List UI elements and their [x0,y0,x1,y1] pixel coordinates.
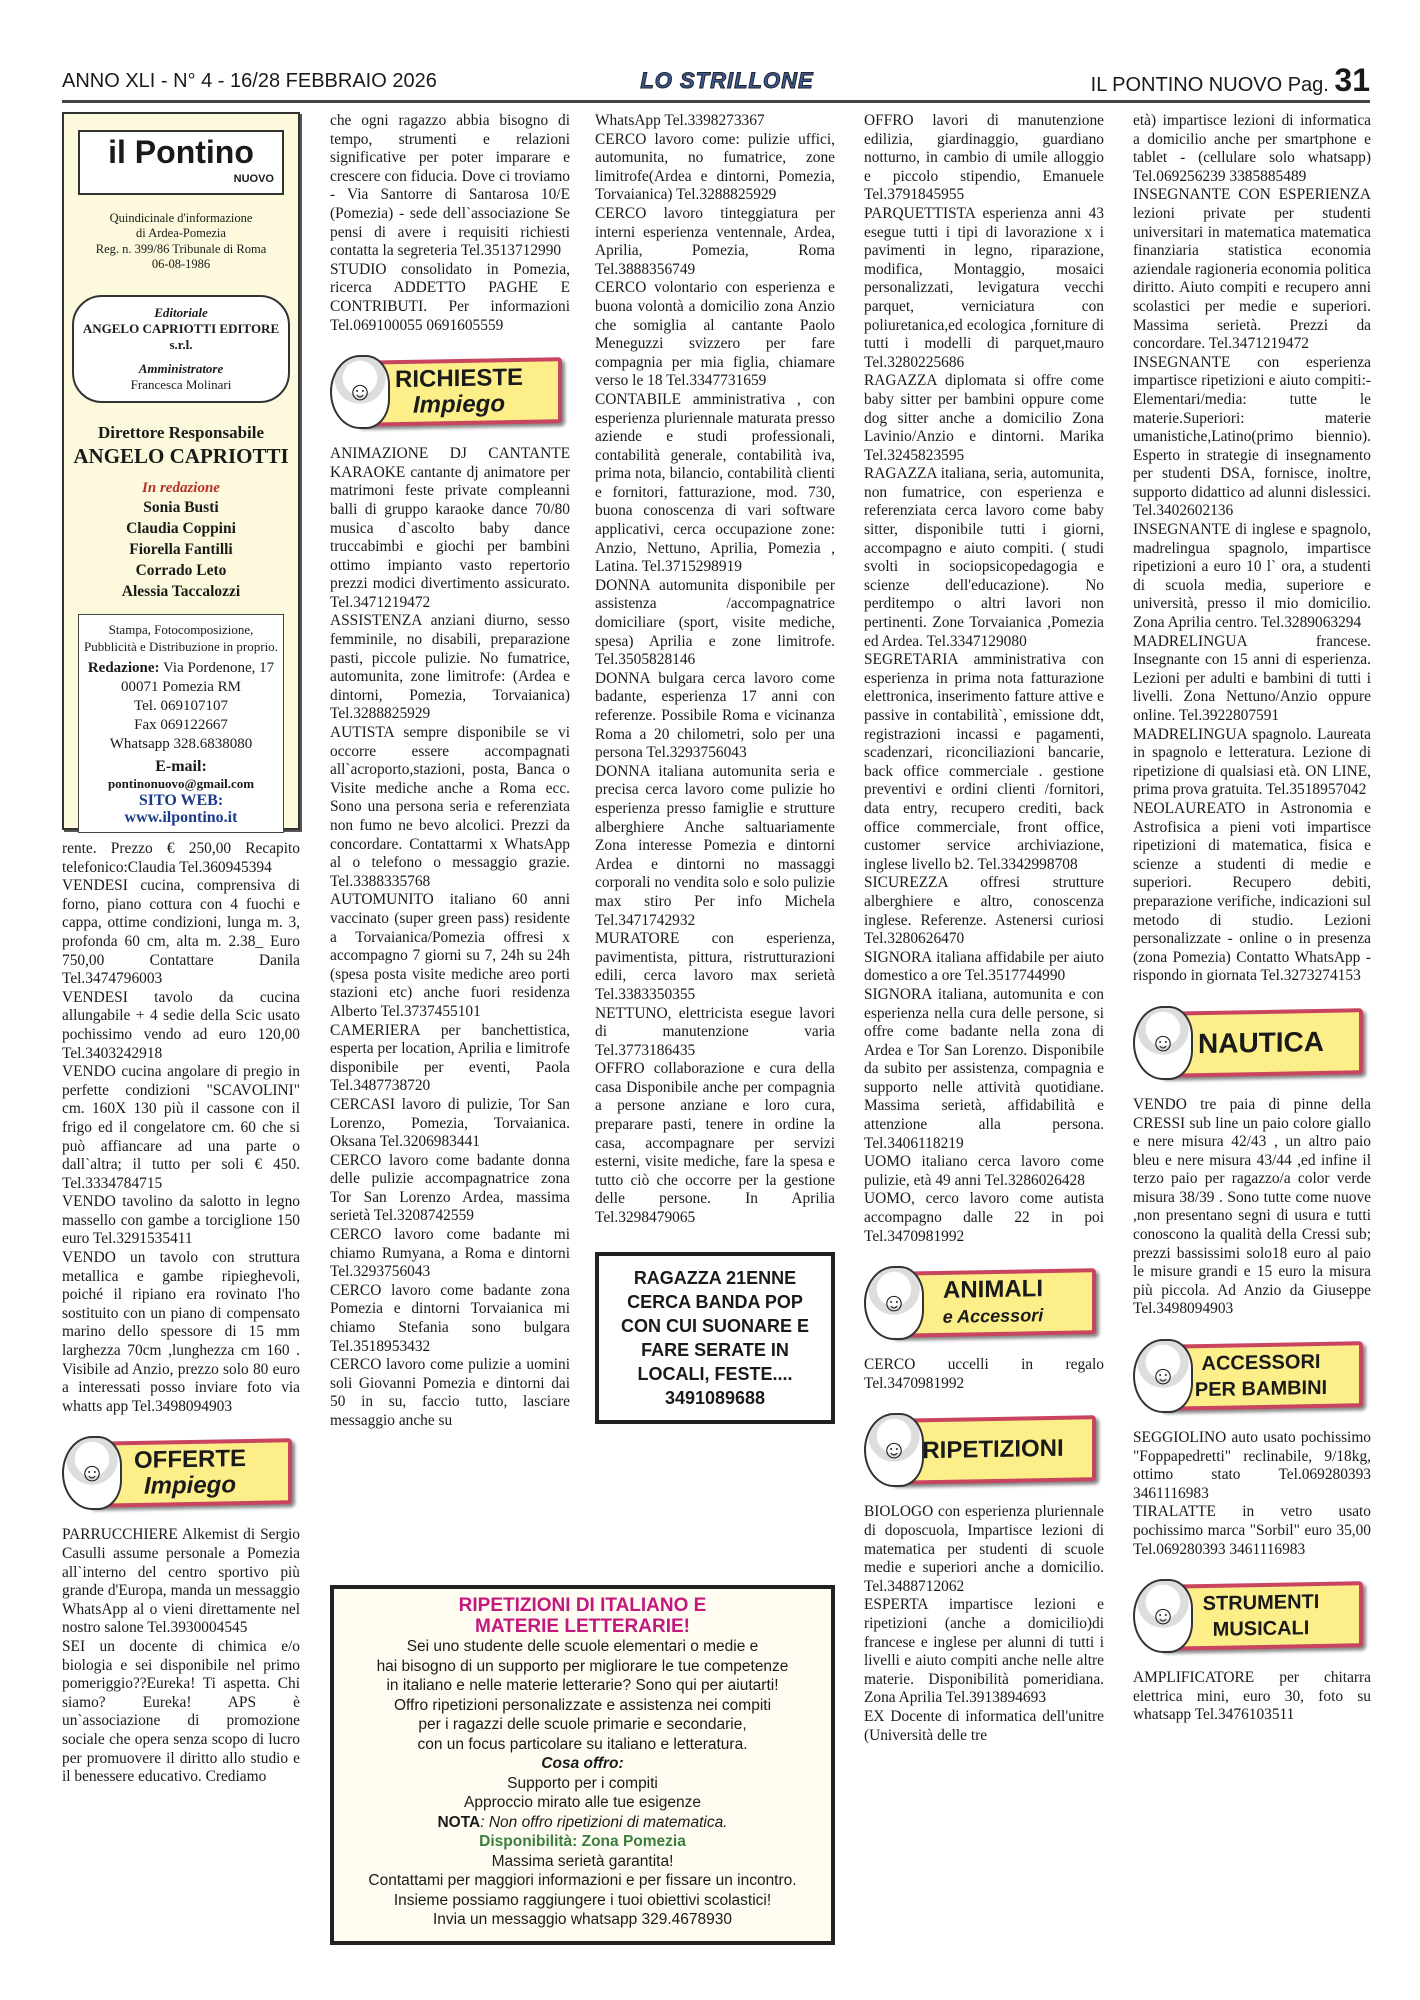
section-richieste-impiego: ☺ RICHIESTEImpiego [330,353,570,431]
classified-ad: CERCASI lavoro di pulizie, Tor San Loren… [330,1096,570,1152]
page-number: 31 [1334,62,1370,98]
classified-ad: MADRELINGUA francese. Insegnante con 15 … [1133,633,1371,726]
classified-ad: CERCO uccelli in regalo Tel.3470981992 [864,1356,1104,1393]
classified-ad: che ogni ragazzo abbia bisogno di tempo,… [330,112,570,261]
classified-ad: STUDIO consolidato in Pomezia, ricerca A… [330,261,570,335]
classified-ad: MADRELINGUA spagnolo. Laureata in spagno… [1133,726,1371,800]
section-ripetizioni: ☺ RIPETIZIONI [864,1411,1104,1489]
email-link[interactable]: pontinonuovo@gmail.com [108,776,254,791]
strillone-mascot-icon: ☺ [1133,1579,1193,1653]
classified-ad: SEGGIOLINO auto usato pochissimo "Foppap… [1133,1429,1371,1503]
classified-ad: VENDO tre paia di pinne della CRESSI sub… [1133,1096,1371,1319]
classified-ad: ASSISTENZA anziani diurno, sesso femmini… [330,612,570,724]
publisher-box: Editoriale ANGELO CAPRIOTTI EDITORE s.r.… [72,295,290,403]
classified-ad: AUTOMUNITO italiano 60 anni vaccinato (s… [330,891,570,1021]
masthead: il Pontino NUOVO Quindicinale d'informaz… [62,112,300,830]
section-strumenti-musicali: ☺ STRUMENTIMUSICALI [1133,1577,1371,1655]
classified-ad: VENDO cucina angolare di pregio in perfe… [62,1063,300,1193]
ripetizioni-italiano-ad: RIPETIZIONI DI ITALIANO E MATERIE LETTER… [330,1585,835,1945]
classified-ad: RAGAZZA italiana, seria, automunita, non… [864,465,1104,651]
classified-ad: età) impartisce lezioni di informatica a… [1133,112,1371,186]
classified-ad: NETTUNO, elettricista esegue lavori di m… [595,1005,835,1061]
classified-ad: UOMO, cerco lavoro come autista accompag… [864,1190,1104,1246]
section-nautica: ☺ NAUTICA [1133,1004,1371,1082]
classified-ad: AUTISTA sempre disponibile se vi occorre… [330,724,570,891]
classified-ad: VENDESI cucina, comprensiva di forno, pi… [62,877,300,989]
contact-box: Stampa, Fotocomposizione, Pubblicità e D… [78,614,284,833]
classified-ad: OFFRO lavori di manutenzione edilizia, g… [864,112,1104,205]
classified-ad: WhatsApp Tel.3398273367 [595,112,835,131]
classified-ad: SIGNORA italiana affidabile per aiuto do… [864,949,1104,986]
classified-ad: EX Docente di informatica dell'unitre (U… [864,1708,1104,1745]
classified-ad: VENDO un tavolo con struttura metallica … [62,1249,300,1416]
classified-ad: ESPERTA impartisce lezioni e ripetizioni… [864,1596,1104,1708]
classified-ad: MURATORE con esperienza, pavimentista, p… [595,930,835,1004]
classified-ad: SEGRETARIA amministrativa con esperienza… [864,651,1104,874]
classified-ad: ANIMAZIONE DJ CANTANTE KARAOKE cantante … [330,445,570,612]
classified-ad: UOMO italiano cerca lavoro come pulizie,… [864,1153,1104,1190]
classified-ad: rente. Prezzo € 250,00 Recapito telefoni… [62,840,300,877]
strillone-mascot-icon: ☺ [330,355,390,429]
classified-ad: VENDESI tavolo da cucina allungabile + 4… [62,989,300,1063]
classified-ad: CAMERIERA per banchettistica, esperta pe… [330,1022,570,1096]
classified-ad: VENDO tavolino da salotto in legno masse… [62,1193,300,1249]
website-link[interactable]: SITO WEB: www.ilpontino.it [83,792,279,826]
publication-page: IL PONTINO NUOVO Pag. 31 [1091,62,1370,99]
classified-ad: AMPLIFICATORE per chitarra elettrica min… [1133,1669,1371,1725]
section-offerte-impiego: ☺ OFFERTEImpiego [62,1434,300,1512]
strillone-mascot-icon: ☺ [1133,1339,1193,1413]
classified-ad: PARQUETTISTA esperienza anni 43 esegue t… [864,205,1104,372]
classified-ad: OFFRO collaborazione e cura della casa D… [595,1060,835,1227]
classified-ad: SIGNORA italiana, automunita e con esper… [864,986,1104,1153]
lo-strillone-logo: LO STRILLONE [602,56,852,106]
classified-ad: INSEGNANTE CON ESPERIENZA lezioni privat… [1133,186,1371,353]
classified-ad: NEOLAUREATO in Astronomia e Astrofisica … [1133,800,1371,986]
director: Direttore Responsabile ANGELO CAPRIOTTI [72,423,290,469]
classified-ad: CERCO lavoro come: pulizie uffici, autom… [595,131,835,205]
classified-ad: TIRALATTE in vetro usato pochissimo marc… [1133,1503,1371,1559]
classified-ad: PARRUCCHIERE Alkemist di Sergio Casulli … [62,1526,300,1638]
classified-ad: DONNA italiana automunita seria e precis… [595,763,835,930]
classified-ad: RAGAZZA diplomata si offre come baby sit… [864,372,1104,465]
classified-ad: BIOLOGO con esperienza pluriennale di do… [864,1503,1104,1596]
strillone-mascot-icon: ☺ [864,1413,924,1487]
masthead-title: il Pontino NUOVO [78,130,284,195]
classified-ad: CERCO lavoro tinteggiatura per interni e… [595,205,835,279]
redazione-label: In redazione [72,479,290,498]
column-3: WhatsApp Tel.3398273367 CERCO lavoro com… [595,112,835,1434]
strillone-mascot-icon: ☺ [864,1266,924,1340]
classified-ad: CERCO lavoro come badante zona Pomezia e… [330,1282,570,1356]
section-animali-accessori: ☺ ANIMALIe Accessori [864,1264,1104,1342]
masthead-subtitle: Quindicinale d'informazione di Ardea-Pom… [72,211,290,273]
classified-ad: SICUREZZA offresi strutture alberghiere … [864,874,1104,948]
strillone-mascot-icon: ☺ [62,1436,122,1510]
classified-ad: INSEGNANTE di inglese e spagnolo, madrel… [1133,521,1371,633]
classified-ad: CERCO lavoro come badante mi chiamo Rumy… [330,1226,570,1282]
classified-ad: CERCO volontario con esperienza e buona … [595,279,835,391]
strillone-mascot-icon: ☺ [1133,1006,1193,1080]
classified-ad: SEI un docente di chimica e/o biologia e… [62,1638,300,1787]
redazione-names: Sonia Busti Claudia Coppini Fiorella Fan… [72,497,290,602]
classified-ad: CONTABILE amministrativa , con esperienz… [595,391,835,577]
classified-ad: DONNA bulgara cerca lavoro come badante,… [595,670,835,763]
classified-ad: DONNA automunita disponibile per assiste… [595,577,835,670]
page-header: ANNO XLI - N° 4 - 16/28 FEBBRAIO 2026 LO… [62,62,1370,102]
classified-ad: INSEGNANTE con esperienza impartisce rip… [1133,354,1371,521]
column-2: che ogni ragazzo abbia bisogno di tempo,… [330,112,570,1431]
section-accessori-bambini: ☺ ACCESSORIPER BAMBINI [1133,1337,1371,1415]
column-5: età) impartisce lezioni di informatica a… [1133,112,1371,1725]
boxed-ad-band: RAGAZZA 21ENNE CERCA BANDA POP CON CUI S… [595,1252,835,1424]
issue-info: ANNO XLI - N° 4 - 16/28 FEBBRAIO 2026 [62,70,437,93]
classified-ad: CERCO lavoro come badante donna delle pu… [330,1152,570,1226]
column-1: il Pontino NUOVO Quindicinale d'informaz… [62,112,300,1787]
header-rule [62,100,1370,103]
classified-ad: CERCO lavoro come pulizie a uomini soli … [330,1356,570,1430]
column-4: OFFRO lavori di manutenzione edilizia, g… [864,112,1104,1745]
